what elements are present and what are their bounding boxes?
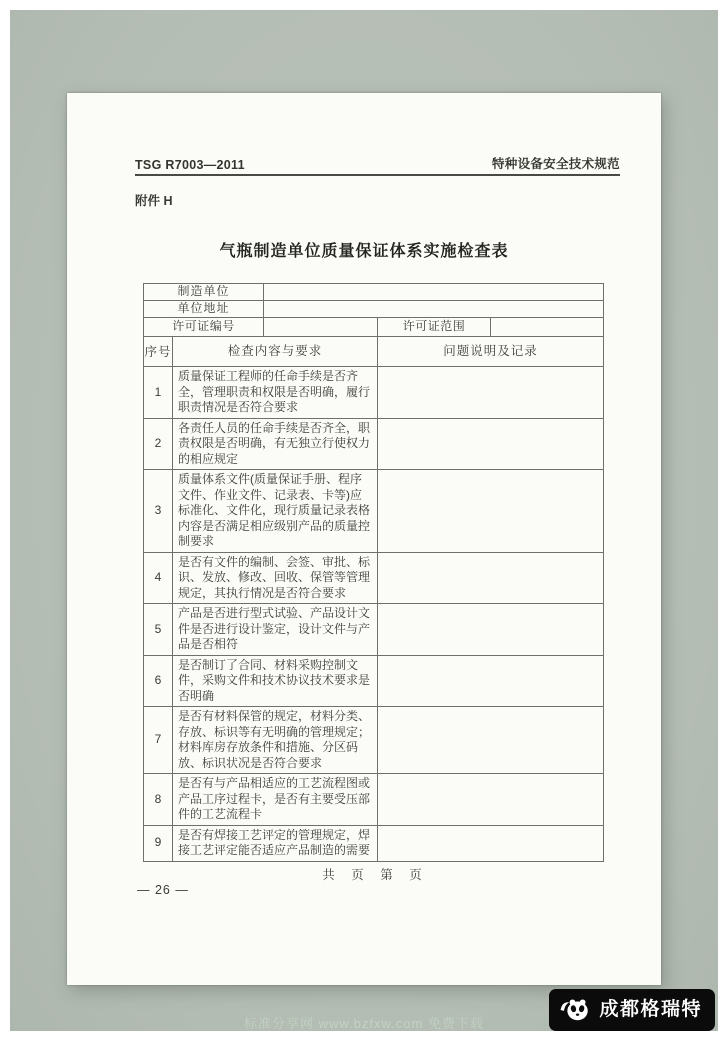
row-content: 是否有焊接工艺评定的管理规定，焊接工艺评定能否适应产品制造的需要	[173, 825, 378, 861]
pages-note: 共 页 第 页	[143, 865, 603, 883]
row-remark-cell	[378, 418, 604, 470]
table-row: 1质量保证工程师的任命手续是否齐全，管理职责和权限是否明确，履行职责情况是否符合…	[144, 367, 604, 419]
table-row: 8是否有与产品相适应的工艺流程图或产品工序过程卡，是否有主要受压部件的工艺流程卡	[144, 774, 604, 826]
row-number: 7	[144, 707, 173, 774]
column-header-no: 序号	[144, 337, 173, 367]
panda-icon	[558, 996, 592, 1024]
row-number: 1	[144, 367, 173, 419]
row-content: 质量保证工程师的任命手续是否齐全，管理职责和权限是否明确，履行职责情况是否符合要…	[173, 367, 378, 419]
column-header-remark: 问题说明及记录	[378, 337, 604, 367]
row-content: 各责任人员的任命手续是否齐全，职责权限是否明确，有无独立行使权力的相应规定	[173, 418, 378, 470]
row-remark-cell	[378, 655, 604, 707]
row-remark-cell	[378, 552, 604, 604]
license-no-label: 许可证编号	[144, 318, 264, 337]
address-value-cell	[264, 301, 604, 318]
table-row: 2各责任人员的任命手续是否齐全，职责权限是否明确，有无独立行使权力的相应规定	[144, 418, 604, 470]
row-remark-cell	[378, 367, 604, 419]
row-remark-cell	[378, 774, 604, 826]
document-header: TSG R7003—2011 特种设备安全技术规范	[135, 154, 620, 172]
table-row: 7是否有材料保管的规定，材料分类、存放、标识等有无明确的管理规定；材料库房存放条…	[144, 707, 604, 774]
row-content: 是否有文件的编制、会签、审批、标识、发放、修改、回收、保管等管理规定，其执行情况…	[173, 552, 378, 604]
row-remark-cell	[378, 825, 604, 861]
table-row: 6是否制订了合同、材料采购控制文件，采购文件和技术协议技术要求是否明确	[144, 655, 604, 707]
row-content: 是否制订了合同、材料采购控制文件，采购文件和技术协议技术要求是否明确	[173, 655, 378, 707]
info-row-manufacturer: 制造单位	[144, 284, 604, 301]
row-number: 6	[144, 655, 173, 707]
column-header-row: 序号 检查内容与要求 问题说明及记录	[144, 337, 604, 367]
row-number: 9	[144, 825, 173, 861]
manufacturer-label: 制造单位	[144, 284, 264, 301]
brand-badge: 成都格瑞特	[549, 989, 715, 1031]
row-number: 3	[144, 470, 173, 553]
license-no-value-cell	[264, 318, 378, 337]
row-remark-cell	[378, 707, 604, 774]
page-title: 气瓶制造单位质量保证体系实施检查表	[67, 238, 661, 261]
row-number: 4	[144, 552, 173, 604]
table-row: 5产品是否进行型式试验、产品设计文件是否进行设计鉴定，设计文件与产品是否相符	[144, 604, 604, 656]
spec-name: 特种设备安全技术规范	[492, 154, 620, 172]
license-scope-label: 许可证范围	[378, 318, 491, 337]
page-number: — 26 —	[137, 883, 189, 897]
header-rule	[135, 174, 620, 176]
row-remark-cell	[378, 604, 604, 656]
manufacturer-value-cell	[264, 284, 604, 301]
info-row-address: 单位地址	[144, 301, 604, 318]
address-label: 单位地址	[144, 301, 264, 318]
row-number: 8	[144, 774, 173, 826]
brand-badge-text: 成都格瑞特	[599, 989, 702, 1031]
table-row: 9是否有焊接工艺评定的管理规定，焊接工艺评定能否适应产品制造的需要	[144, 825, 604, 861]
info-row-license: 许可证编号 许可证范围	[144, 318, 604, 337]
license-scope-value-cell	[491, 318, 604, 337]
doc-code: TSG R7003—2011	[135, 158, 245, 172]
table-row: 4是否有文件的编制、会签、审批、标识、发放、修改、回收、保管等管理规定，其执行情…	[144, 552, 604, 604]
row-number: 2	[144, 418, 173, 470]
row-content: 是否有与产品相适应的工艺流程图或产品工序过程卡，是否有主要受压部件的工艺流程卡	[173, 774, 378, 826]
row-number: 5	[144, 604, 173, 656]
checklist-table: 制造单位 单位地址 许可证编号 许可证范围 序号 检查内容与要求 问题说明及记录…	[143, 283, 604, 862]
checklist-body: 1质量保证工程师的任命手续是否齐全，管理职责和权限是否明确，履行职责情况是否符合…	[144, 367, 604, 862]
row-content: 产品是否进行型式试验、产品设计文件是否进行设计鉴定，设计文件与产品是否相符	[173, 604, 378, 656]
row-remark-cell	[378, 470, 604, 553]
table-row: 3质量体系文件(质量保证手册、程序文件、作业文件、记录表、卡等)应标准化、文件化…	[144, 470, 604, 553]
attachment-label: 附件 H	[135, 191, 173, 209]
column-header-content: 检查内容与要求	[173, 337, 378, 367]
document-page: TSG R7003—2011 特种设备安全技术规范 附件 H 气瓶制造单位质量保…	[67, 93, 661, 985]
row-content: 质量体系文件(质量保证手册、程序文件、作业文件、记录表、卡等)应标准化、文件化，…	[173, 470, 378, 553]
row-content: 是否有材料保管的规定，材料分类、存放、标识等有无明确的管理规定；材料库房存放条件…	[173, 707, 378, 774]
